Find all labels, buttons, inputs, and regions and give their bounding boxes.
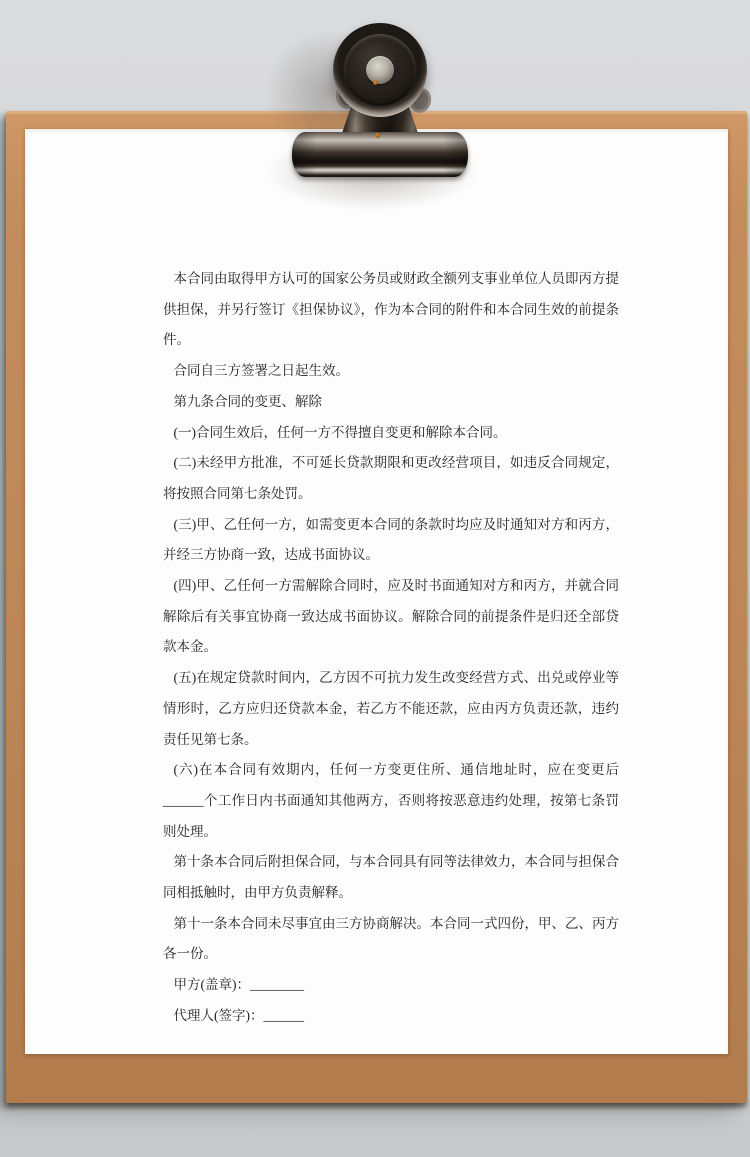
document-paragraph: (四)甲、乙任何一方需解除合同时，应及时书面通知对方和丙方，并就合同解除后有关事…	[163, 571, 619, 663]
document-paragraph: (五)在规定贷款时间内，乙方因不可抗力发生改变经营方式、出兑或停业等情形时，乙方…	[163, 663, 619, 755]
document-paragraph: (二)未经甲方批准，不可延长贷款期限和更改经营项目，如违反合同规定，将按照合同第…	[163, 448, 619, 509]
document-paragraph: (三)甲、乙任何一方，如需变更本合同的条款时均应及时通知对方和丙方，并经三方协商…	[163, 510, 619, 571]
clip-knob-hole	[366, 56, 394, 84]
contract-paper: 本合同由取得甲方认可的国家公务员或财政全额列支事业单位人员即丙方提供担保，并另行…	[25, 129, 728, 1054]
document-paragraph: 第十条本合同后附担保合同，与本合同具有同等法律效力，本合同与担保合同相抵触时，由…	[163, 847, 619, 908]
clip-jaw-bar	[292, 132, 468, 177]
document-paragraph: (一)合同生效后，任何一方不得擅自变更和解除本合同。	[163, 418, 619, 449]
document-paragraph: 第九条合同的变更、解除	[163, 387, 619, 418]
clip-glint	[373, 80, 378, 85]
signature-line-agent: 代理人(签字)：______	[163, 1001, 619, 1032]
document-paragraph: (六)在本合同有效期内，任何一方变更住所、通信地址时，应在变更后______个工…	[163, 755, 619, 847]
clip-glint	[375, 133, 380, 138]
contract-text-block: 本合同由取得甲方认可的国家公务员或财政全额列支事业单位人员即丙方提供担保，并另行…	[163, 264, 619, 1032]
wall-background: 本合同由取得甲方认可的国家公务员或财政全额列支事业单位人员即丙方提供担保，并另行…	[0, 0, 750, 1157]
signature-line-party-a: 甲方(盖章)：________	[163, 970, 619, 1001]
document-paragraph: 本合同由取得甲方认可的国家公务员或财政全额列支事业单位人员即丙方提供担保，并另行…	[163, 264, 619, 356]
document-paragraph: 合同自三方签署之日起生效。	[163, 356, 619, 387]
document-paragraph: 第十一条本合同未尽事宜由三方协商解决。本合同一式四份，甲、乙、丙方各一份。	[163, 909, 619, 970]
